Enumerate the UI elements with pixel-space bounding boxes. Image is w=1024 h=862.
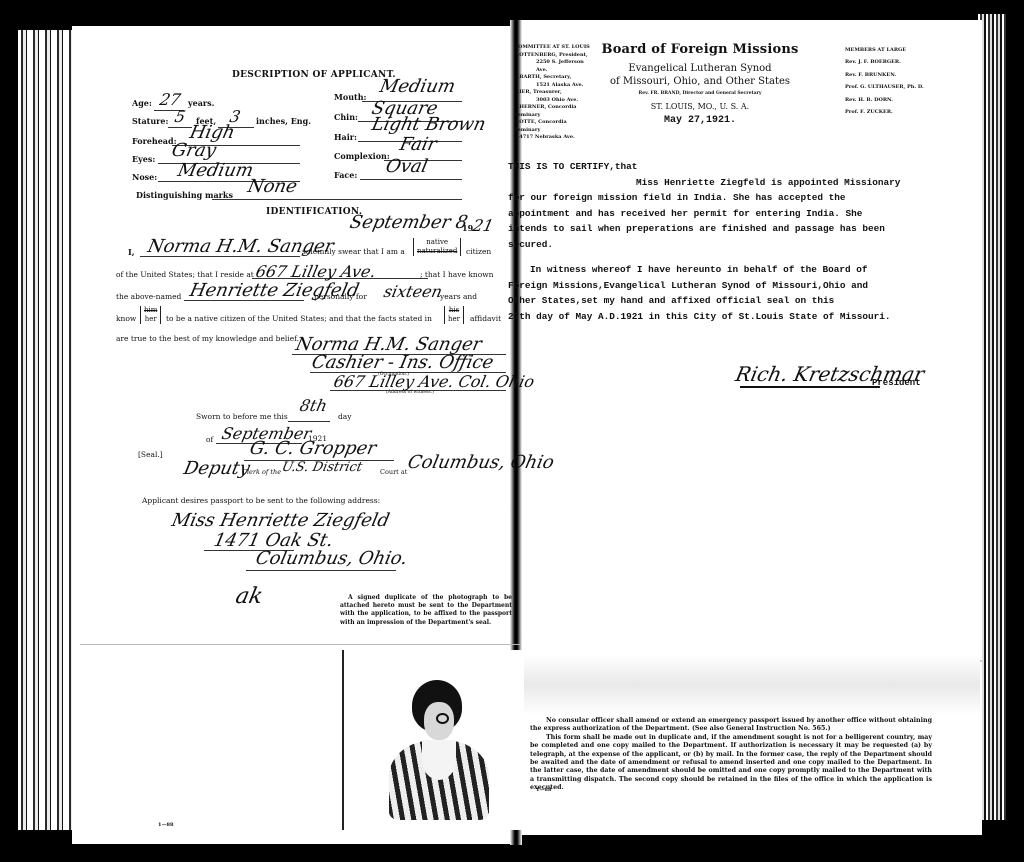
years-known: sixteen [382, 282, 444, 301]
committee-line: 1521 Alaska Ave. [514, 82, 594, 90]
member-line: Rev. J. F. BOERGER. [845, 56, 945, 68]
hair-label: Hair: [334, 132, 357, 142]
above-named-text: the above-named [116, 292, 181, 301]
witness-address: 667 Lilley Ave. Col. Ohio [332, 372, 536, 391]
him-option: him [144, 306, 157, 315]
letter-line: 27th day of May A.D.1921 in this City of… [508, 309, 948, 325]
identification-date: September 8 [348, 212, 470, 233]
court-at-text: Court at [380, 468, 407, 476]
citizen-word: citizen [466, 247, 491, 256]
page-edges-right [978, 14, 1006, 820]
eyes-label: Eyes: [132, 154, 155, 164]
native-citizen-text: to be a native citizen of the United Sta… [166, 314, 432, 323]
committee-line: ...4717 Nebraska Ave. [514, 134, 594, 142]
reside-text: of the United States; that I reside at [116, 270, 254, 279]
member-line: Rev. H. B. DORN. [845, 94, 945, 106]
right-form-number: 1—88 [536, 787, 551, 793]
affidavit-pronoun-bracket: his her [444, 306, 464, 324]
i-label: I, [128, 247, 135, 257]
letter-line: intends to sail when preperations are fi… [508, 221, 948, 237]
page-edges-left [18, 30, 80, 830]
letterhead-location: ST. LOUIS, MO., U. S. A. [600, 102, 800, 111]
day-label: day [338, 412, 352, 421]
address-caption: (Address of witness.) [386, 390, 434, 395]
mailing-address-label: Applicant desires passport to be sent to… [142, 496, 380, 505]
committee-line: ...OTTENBERG, President, [514, 52, 594, 60]
photo-instructions: A signed duplicate of the photograph to … [340, 594, 512, 627]
her-option: her [144, 315, 157, 324]
her-affidavit-option: her [448, 315, 460, 324]
age-label: Age: [132, 98, 152, 108]
committee-line: ...HERNER, Concordia Seminary [514, 104, 594, 119]
description-heading: DESCRIPTION OF APPLICANT. [232, 70, 396, 80]
mouth-value: Medium [378, 76, 457, 97]
personally-text: personally for [314, 292, 367, 301]
sworn-text: Sworn to before me this [196, 412, 288, 421]
certificate-body: THIS IS TO CERTIFY,that Miss Henriette Z… [508, 159, 948, 324]
chin-label: Chin: [334, 112, 358, 122]
members-list: MEMBERS AT LARGE Rev. J. F. BOERGER. Rev… [845, 44, 945, 118]
letter-line: In witness whereof I have hereunto in be… [508, 262, 948, 278]
committee-line: ...IER, Treasurer, [514, 89, 594, 97]
committee-line: 3003 Ohio Ave. [514, 97, 594, 105]
letter-line: Other States,set my hand and affixed off… [508, 293, 948, 309]
sworn-day: 8th [298, 396, 329, 415]
clerk-initials: ak [233, 584, 265, 609]
knowledge-belief-text: are true to the best of my knowledge and… [116, 334, 299, 343]
fold-shadow [522, 655, 980, 715]
member-line: Prof. G. ULTHAUSER, Ph. D. [845, 81, 945, 93]
his-option: his [448, 306, 460, 315]
naturalized-option: naturalized [417, 247, 457, 256]
photo-glasses [436, 713, 449, 724]
stature-label: Stature: [132, 116, 168, 126]
mailing-line-3: Columbus, Ohio. [254, 548, 410, 569]
years-and-text: years and [440, 292, 477, 301]
instructions-paragraph-2: This form shall be made out in duplicate… [530, 734, 932, 793]
seal-label: [Seal.] [138, 450, 163, 459]
eyes-value: Gray [170, 140, 218, 161]
identification-heading: IDENTIFICATION. [266, 207, 362, 217]
committee-line: 2250 S. Jefferson Ave. [514, 59, 594, 74]
member-line: Rev. F. BRUNKEN. [845, 69, 945, 81]
letter-line: appointment and has received her permit … [508, 206, 948, 222]
page-divider [80, 644, 520, 645]
pronoun-bracket: him her [140, 306, 161, 324]
president-title: President [872, 376, 921, 392]
of-label: of [206, 435, 213, 444]
court-location: Columbus, Ohio [406, 452, 556, 473]
committee-heading: COMMITTEE AT ST. LOUIS [514, 44, 594, 52]
members-heading: MEMBERS AT LARGE [845, 44, 945, 56]
committee-line: ...OTTE, Concordia Seminary [514, 119, 594, 134]
letterhead-title: Board of Foreign Missions [600, 42, 800, 57]
nose-label: Nose: [132, 172, 157, 182]
committee-line: ...BARTH, Secretary, [514, 74, 594, 82]
affidavit-word: affidavit [470, 314, 501, 323]
letter-line: Miss Henriette Ziegfeld is appointed Mis… [508, 175, 948, 191]
instructions-paragraph-1: No consular officer shall amend or exten… [530, 717, 932, 734]
nose-value: Medium [176, 160, 255, 181]
year-suffix: 21 [471, 216, 495, 235]
inches-unit: inches, Eng. [256, 116, 311, 126]
know-text: know [116, 314, 136, 323]
letterhead: Board of Foreign Missions Evangelical Lu… [600, 42, 800, 129]
letter-line: secured. [508, 237, 948, 253]
consular-instructions: No consular officer shall amend or exten… [530, 717, 932, 793]
swear-text: solemnly swear that I am a [302, 247, 405, 256]
residence: 667 Lilley Ave. [254, 262, 378, 281]
letterhead-director: Rev. FR. BRAND, Director and General Sec… [600, 91, 800, 96]
face-label: Face: [334, 170, 357, 180]
member-line: Prof. F. ZUCKER. [845, 106, 945, 118]
left-form-number: 1—88 [158, 822, 173, 828]
forehead-label: Forehead: [132, 136, 177, 146]
hair-value: Light Brown [370, 114, 488, 135]
complexion-value: Fair [398, 134, 439, 155]
distinguishing-marks-value: None [246, 176, 299, 197]
known-text: ; that I have known [420, 270, 493, 279]
native-option: native [417, 238, 457, 247]
letter-line: THIS IS TO CERTIFY,that [508, 159, 948, 175]
letterhead-subtitle-1: Evangelical Lutheran Synod [600, 63, 800, 74]
clerk-text: Clerk of the [242, 468, 281, 476]
committee-list: COMMITTEE AT ST. LOUIS ...OTTENBERG, Pre… [514, 44, 594, 142]
photo-collar [422, 740, 456, 780]
citizenship-bracket: native naturalized [413, 238, 461, 256]
face-value: Oval [384, 156, 430, 177]
age-unit: years. [188, 98, 214, 108]
letterhead-subtitle-2: of Missouri, Ohio, and Other States [600, 76, 800, 87]
clerk-signature: G. C. Gropper [248, 438, 378, 459]
witness-occupation: Cashier - Ins. Office [310, 352, 496, 373]
mailing-line-1: Miss Henriette Ziegfeld [170, 510, 392, 531]
letter-date: May 27,1921. [600, 113, 800, 129]
complexion-label: Complexion: [334, 151, 390, 161]
applicant-photo [342, 650, 524, 830]
letter-line: for our foreign mission field in India. … [508, 190, 948, 206]
court-name: U.S. District [280, 460, 363, 475]
letter-line: Foreign Missions,Evangelical Lutheran Sy… [508, 278, 948, 294]
